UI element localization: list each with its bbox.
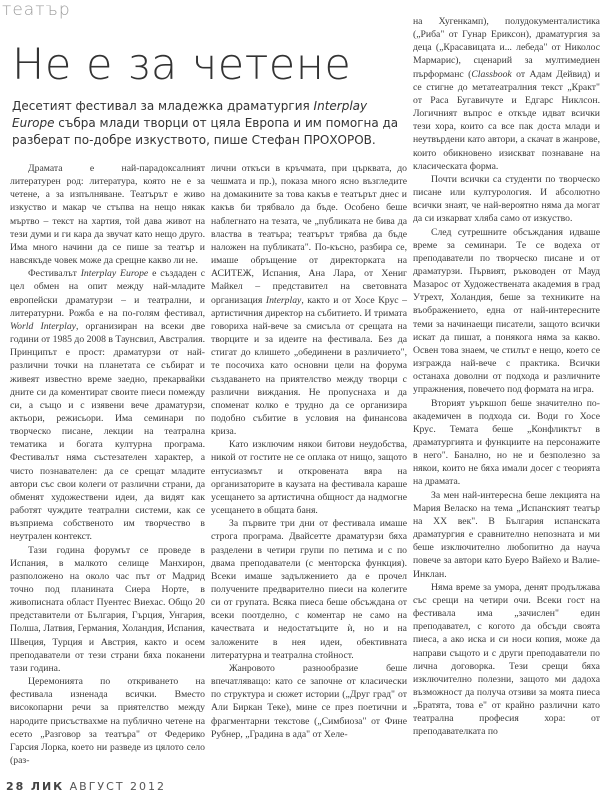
paragraph-text: от Адам Дейвид) и се стигне до метатеатр… — [413, 69, 600, 172]
paragraph: Тази година форумът се проведе в Испания… — [10, 544, 205, 676]
paragraph-text: Фестивалът — [28, 268, 81, 279]
paragraph-text: , както и от Хосе Крус – артистичния дир… — [211, 295, 407, 438]
paragraph-text: лични откъси в кръчмата, при църквата, д… — [211, 163, 407, 306]
article-title: Не е за четене — [12, 40, 351, 90]
paragraph: След сутрешните обсъждания идваше време … — [413, 226, 600, 397]
paragraph: За първите три дни от фестивала имаше ст… — [211, 517, 407, 662]
festival-name: World Interplay — [10, 321, 76, 332]
paragraph: на Хугенкамп), полудокументалистика („Ри… — [413, 15, 600, 173]
section-label: театър — [2, 0, 71, 20]
paragraph: Почти всички са студенти по творческо пи… — [413, 173, 600, 226]
column-right: на Хугенкамп), полудокументалистика („Ри… — [413, 15, 600, 739]
column-middle: лични откъси в кръчмата, при църквата, д… — [211, 162, 407, 741]
work-title: Classbook — [471, 69, 511, 80]
page-footer: 28 ЛИК АВГУСТ 2012 — [6, 780, 166, 793]
paragraph: Жанровото разнообразие беше впечатляващо… — [211, 662, 407, 741]
page-number: 28 — [6, 780, 25, 793]
article-lede: Десетият фестивал за младежка драматурги… — [12, 98, 407, 149]
paragraph: Вторият уъркшоп беше значително по-акаде… — [413, 397, 600, 489]
paragraph: лични откъси в кръчмата, при църквата, д… — [211, 162, 407, 438]
lede-text-1: Десетият фестивал за младежка драматурги… — [12, 99, 314, 113]
paragraph: Като изключим някои битови неудобства, н… — [211, 438, 407, 517]
column-left: Драмата е най-парадоксалният литературен… — [10, 162, 205, 767]
paragraph: Драмата е най-парадоксалният литературен… — [10, 162, 205, 267]
paragraph: Фестивалът Interplay Europe е създаден с… — [10, 267, 205, 543]
organization-name: Interplay — [266, 295, 302, 306]
paragraph: Церемонията по откриването на фестивала … — [10, 675, 205, 767]
magazine-name: ЛИК — [31, 780, 64, 793]
paragraph: Няма време за умора, денят продължава съ… — [413, 581, 600, 739]
lede-text-2: събра млади творци от цяла Европа и им п… — [12, 116, 398, 147]
issue-date: АВГУСТ 2012 — [70, 780, 166, 793]
paragraph: За мен най-интересна беше лекцията на Ма… — [413, 489, 600, 581]
festival-name: Interplay Europe — [81, 268, 149, 279]
paragraph-text: , организиран на всеки две години от 198… — [10, 321, 205, 543]
